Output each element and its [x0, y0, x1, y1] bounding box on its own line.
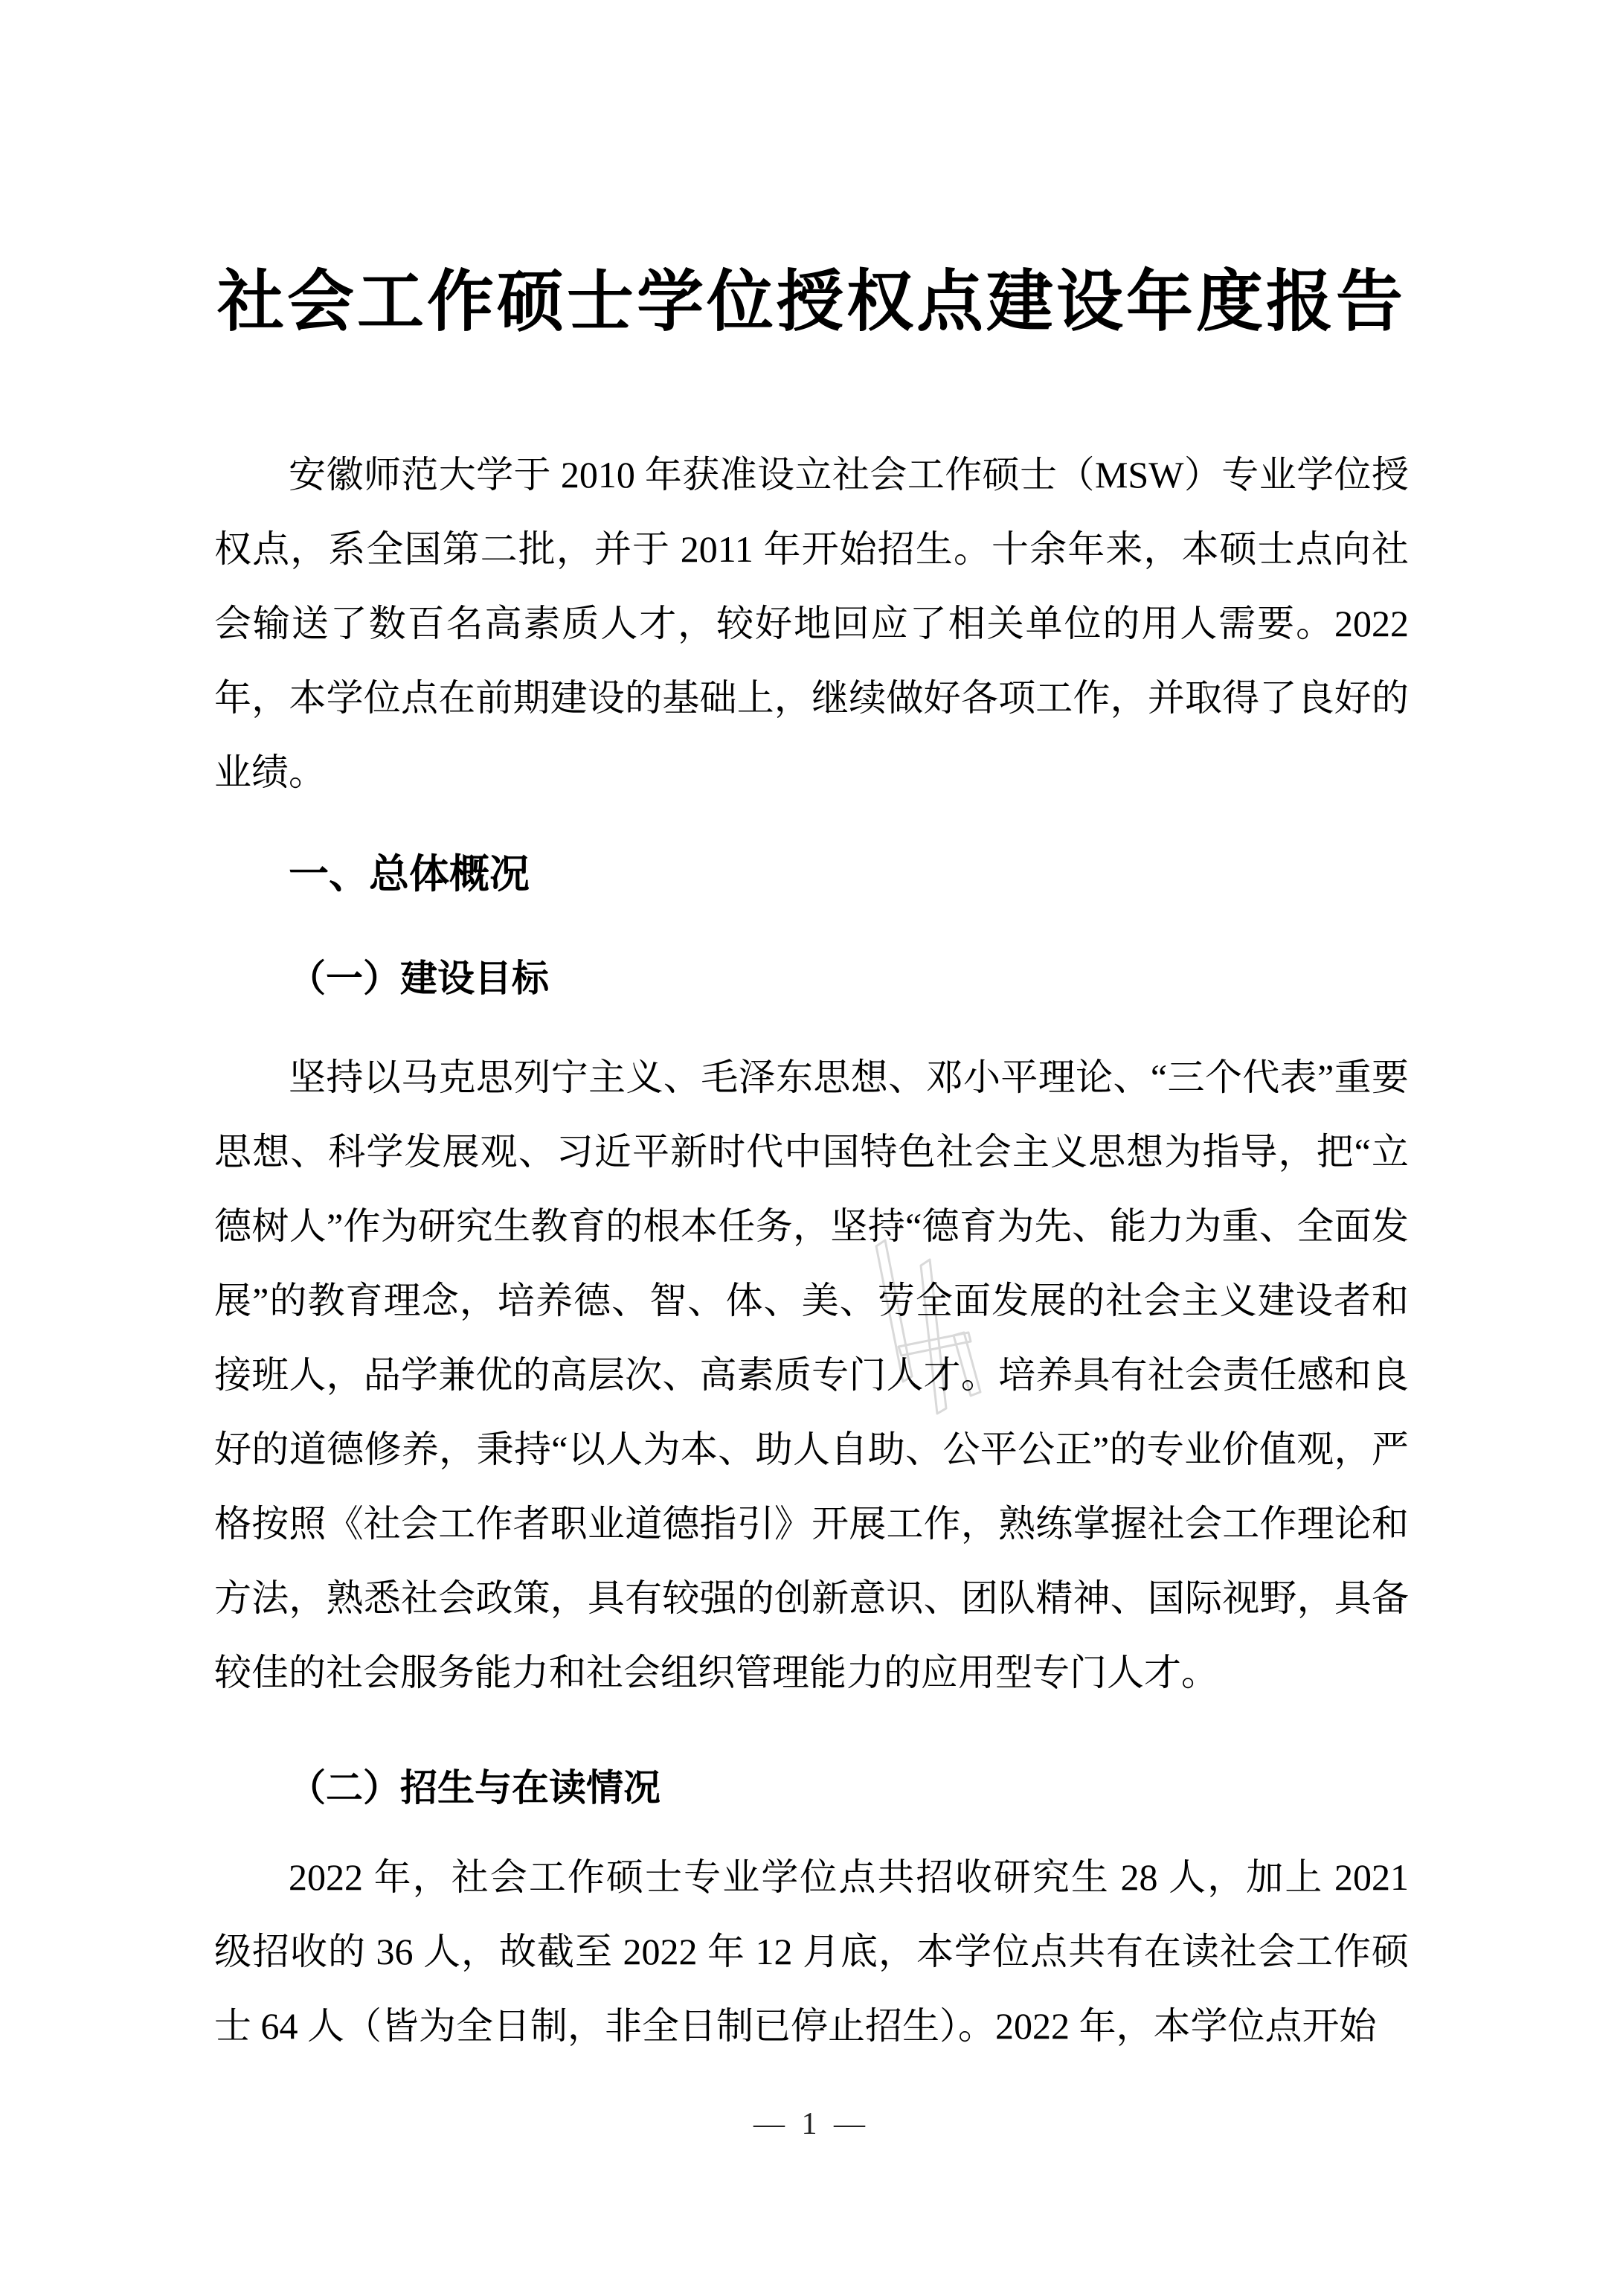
document-title: 社会工作硕士学位授权点建设年度报告 [214, 257, 1409, 348]
subsection-1-2-paragraph: 2022 年，社会工作硕士专业学位点共招收研究生 28 人，加上 2021 级招… [214, 1840, 1409, 2063]
document-page: 社会工作硕士学位授权点建设年度报告 安徽师范大学于 2010 年获准设立社会工作… [0, 0, 1623, 2296]
subsection-1-1-heading: （一）建设目标 [214, 941, 1409, 1016]
document-content: 社会工作硕士学位授权点建设年度报告 安徽师范大学于 2010 年获准设立社会工作… [0, 257, 1623, 2063]
subsection-1-1-paragraph: 坚持以马克思列宁主义、毛泽东思想、邓小平理论、“三个代表”重要思想、科学发展观、… [214, 1040, 1409, 1710]
intro-paragraph: 安徽师范大学于 2010 年获准设立社会工作硕士（MSW）专业学位授权点，系全国… [214, 437, 1409, 809]
page-number: — 1 — [0, 2106, 1623, 2143]
subsection-1-2-heading: （二）招生与在读情况 [214, 1751, 1409, 1825]
section-1-heading: 一、总体概况 [214, 837, 1409, 911]
